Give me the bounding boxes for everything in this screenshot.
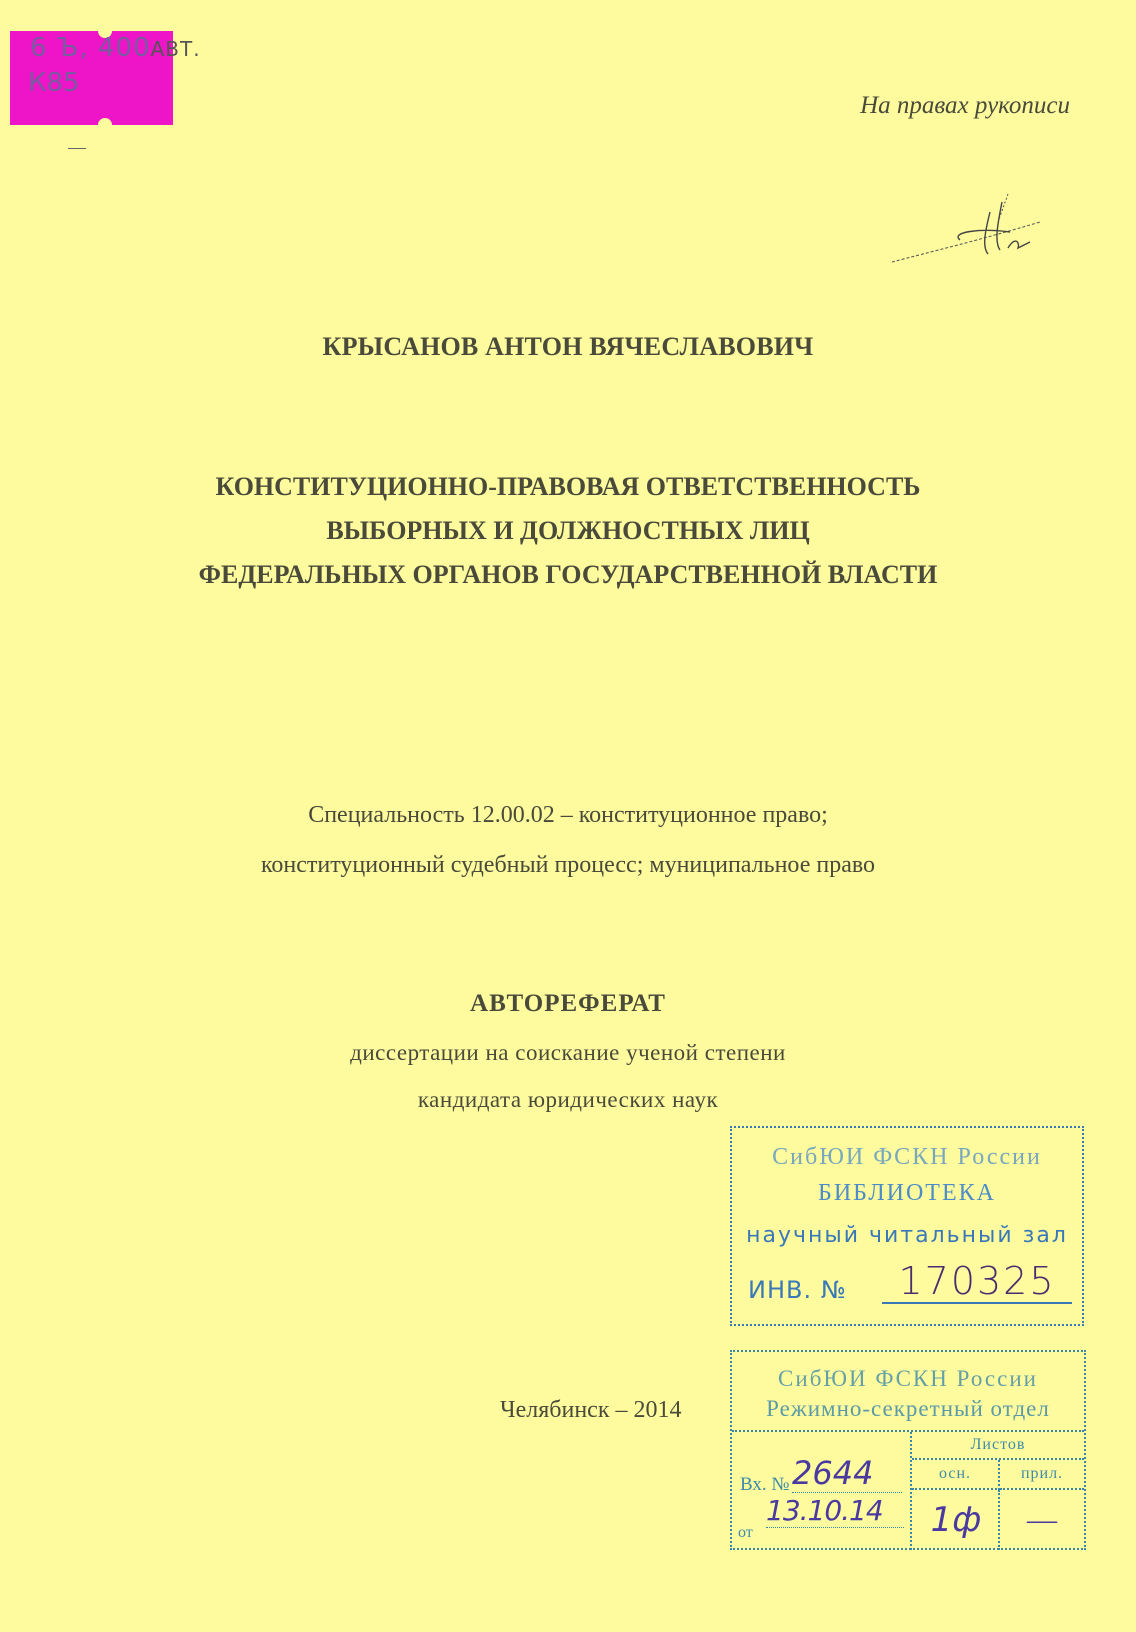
manuscript-note: На правах рукописи (860, 92, 1070, 120)
library-stamp-hall: научный читальный зал (732, 1223, 1082, 1248)
inventory-label: ИНВ. № (748, 1276, 847, 1304)
abstract-line-1: диссертации на соискание ученой степени (0, 1040, 1136, 1066)
price-tag-line2: К85 (28, 68, 80, 98)
price-tag-line1: 6 Ъ, 400АВТ. (30, 33, 201, 63)
title-line-2: ВЫБОРНЫХ И ДОЛЖНОСТНЫХ ЛИЦ (0, 516, 1136, 546)
registry-left-cell: Вх. № 2644 от 13.10.14 (732, 1432, 912, 1550)
registry-stamp-grid: Вх. № 2644 от 13.10.14 Листов осн. прил.… (732, 1430, 1084, 1550)
library-stamp-org: СибЮИ ФСКН России (732, 1144, 1082, 1171)
specialty-line-1: Специальность 12.00.02 – конституционное… (0, 802, 1136, 829)
incoming-label: Вх. № (740, 1474, 790, 1496)
author-name: КРЫСАНОВ АНТОН ВЯЧЕСЛАВОВИЧ (0, 332, 1136, 362)
sheets-header: Листов (912, 1432, 1084, 1460)
city-year: Челябинск – 2014 (500, 1397, 681, 1424)
library-stamp-library: БИБЛИОТЕКА (732, 1180, 1082, 1207)
title-line-3: ФЕДЕРАЛЬНЫХ ОРГАНОВ ГОСУДАРСТВЕННОЙ ВЛАС… (0, 560, 1136, 590)
abstract-line-2: кандидата юридических наук (0, 1087, 1136, 1113)
specialty-line-2: конституционный судебный процесс; муници… (0, 852, 1136, 879)
signature-icon (890, 192, 1070, 272)
incoming-number: 2644 (792, 1454, 902, 1493)
library-stamp: СибЮИ ФСКН России БИБЛИОТЕКА научный чит… (730, 1126, 1084, 1326)
sheets-appendix-header: прил. (1000, 1460, 1084, 1490)
title-line-1: КОНСТИТУЦИОННО-ПРАВОВАЯ ОТВЕТСТВЕННОСТЬ (0, 472, 1136, 502)
registry-stamp: СибЮИ ФСКН России Режимно-секретный отде… (730, 1350, 1086, 1550)
registry-stamp-org: СибЮИ ФСКН России (732, 1366, 1084, 1392)
abstract-heading: АВТОРЕФЕРАТ (0, 990, 1136, 1018)
registry-stamp-dept: Режимно-секретный отдел (732, 1396, 1084, 1422)
sheets-main-value: 1ф (914, 1490, 1000, 1550)
incoming-date: 13.10.14 (766, 1494, 904, 1528)
date-label: от (738, 1524, 753, 1542)
price-tag-suffix: АВТ. (151, 37, 201, 61)
sheets-main-header: осн. (912, 1460, 1000, 1490)
inventory-number: 170325 (882, 1260, 1072, 1304)
dash-mark (68, 148, 86, 149)
price-tag-code: 6 Ъ, 400 (30, 33, 151, 63)
sheets-appendix-value: — (1000, 1490, 1084, 1550)
